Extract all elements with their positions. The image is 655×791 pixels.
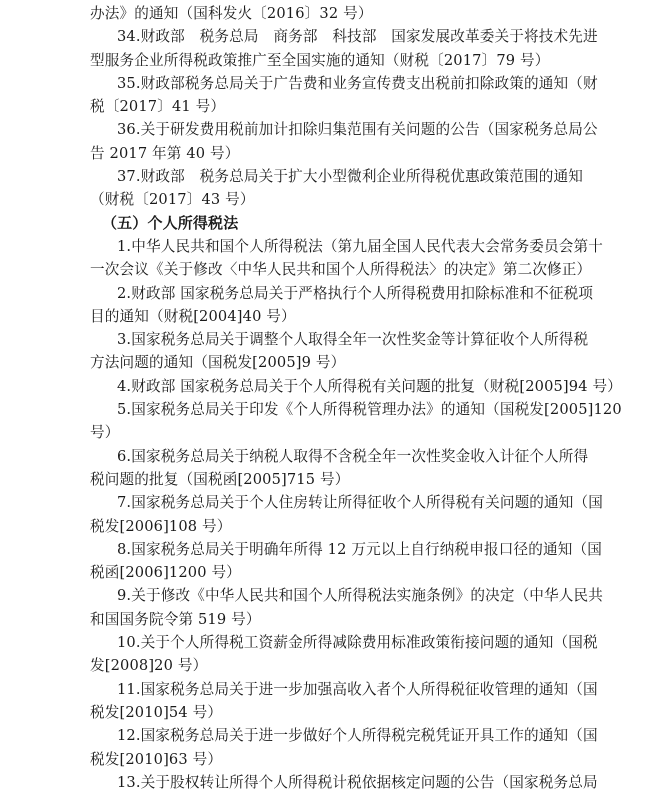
list-item-9: 9.关于修改《中华人民共和国个人所得税法实施条例》的决定（中华人民共 xyxy=(90,584,570,607)
text-line: 发[2008]20 号） xyxy=(90,654,570,677)
text-line: 号） xyxy=(90,421,570,444)
list-item-2: 2.财政部 国家税务总局关于严格执行个人所得税费用扣除标准和不征税项 xyxy=(90,282,570,305)
text-line: 型服务企业所得税政策推广至全国实施的通知（财税〔2017〕79 号） xyxy=(90,49,570,72)
list-item-3: 3.国家税务总局关于调整个人取得全年一次性奖金等计算征收个人所得税 xyxy=(90,328,570,351)
section-heading: （五）个人所得税法 xyxy=(90,212,570,235)
text-line: 告 2017 年第 40 号） xyxy=(90,142,570,165)
text-line: （财税〔2017〕43 号） xyxy=(90,188,570,211)
list-item-12: 12.国家税务总局关于进一步做好个人所得税完税凭证开具工作的通知（国 xyxy=(90,724,570,747)
text-line: 目的通知（财税[2004]40 号） xyxy=(90,305,570,328)
text-line: 税函[2006]1200 号） xyxy=(90,561,570,584)
list-item-10: 10.关于个人所得税工资薪金所得减除费用标准政策衔接问题的通知（国税 xyxy=(90,631,570,654)
text-line: 税发[2006]108 号） xyxy=(90,515,570,538)
text-line: 税问题的批复（国税函[2005]715 号） xyxy=(90,468,570,491)
list-item-13: 13.关于股权转让所得个人所得税计税依据核定问题的公告（国家税务总局 xyxy=(90,771,570,791)
list-item-6: 6.国家税务总局关于纳税人取得不含税全年一次性奖金收入计征个人所得 xyxy=(90,445,570,468)
list-item-34: 34.财政部 税务总局 商务部 科技部 国家发展改革委关于将技术先进 xyxy=(90,25,570,48)
text-line: 税发[2010]63 号） xyxy=(90,748,570,771)
document-page: 办法》的通知（国科发火〔2016〕32 号） 34.财政部 税务总局 商务部 科… xyxy=(0,0,655,791)
text-line: 办法》的通知（国科发火〔2016〕32 号） xyxy=(90,2,570,25)
text-line: 和国国务院令第 519 号） xyxy=(90,608,570,631)
list-item-5: 5.国家税务总局关于印发《个人所得税管理办法》的通知（国税发[2005]120 xyxy=(90,398,570,421)
text-line: 税发[2010]54 号） xyxy=(90,701,570,724)
text-line: 税〔2017〕41 号） xyxy=(90,95,570,118)
list-item-11: 11.国家税务总局关于进一步加强高收入者个人所得税征收管理的通知（国 xyxy=(90,678,570,701)
list-item-7: 7.国家税务总局关于个人住房转让所得征收个人所得税有关问题的通知（国 xyxy=(90,491,570,514)
text-line: 方法问题的通知（国税发[2005]9 号） xyxy=(90,351,570,374)
document-body: 办法》的通知（国科发火〔2016〕32 号） 34.财政部 税务总局 商务部 科… xyxy=(90,2,570,791)
list-item-35: 35.财政部税务总局关于广告费和业务宣传费支出税前扣除政策的通知（财 xyxy=(90,72,570,95)
list-item-37: 37.财政部 税务总局关于扩大小型微利企业所得税优惠政策范围的通知 xyxy=(90,165,570,188)
list-item-36: 36.关于研发费用税前加计扣除归集范围有关问题的公告（国家税务总局公 xyxy=(90,118,570,141)
text-line: 一次会议《关于修改〈中华人民共和国个人所得税法〉的决定》第二次修正） xyxy=(90,258,570,281)
list-item-1: 1.中华人民共和国个人所得税法（第九届全国人民代表大会常务委员会第十 xyxy=(90,235,570,258)
list-item-8: 8.国家税务总局关于明确年所得 12 万元以上自行纳税申报口径的通知（国 xyxy=(90,538,570,561)
list-item-4: 4.财政部 国家税务总局关于个人所得税有关问题的批复（财税[2005]94 号） xyxy=(90,375,570,398)
